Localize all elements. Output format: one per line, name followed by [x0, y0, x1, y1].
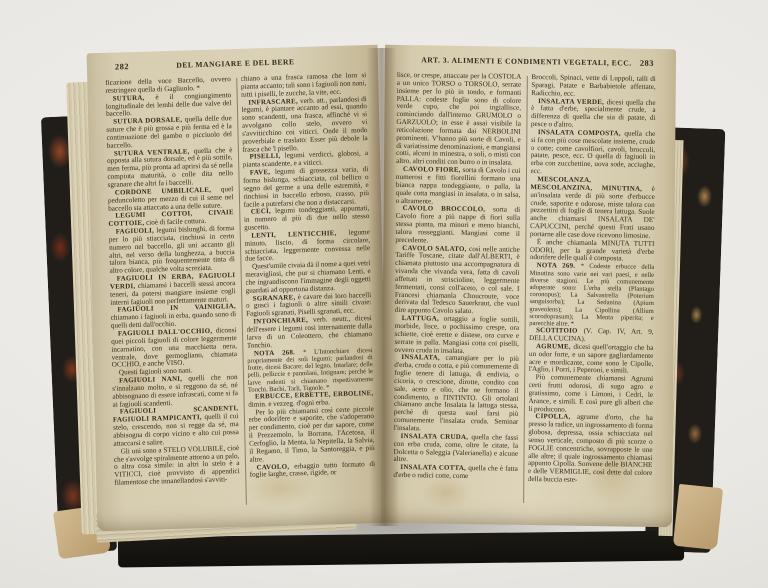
paragraph: Gli uni sono a STELO VOLUBILE, cioè che …	[114, 445, 240, 488]
entry-headword: CAVOLO FIORE,	[403, 166, 463, 174]
entry-headword: NOTA 268.	[254, 349, 303, 357]
entry-headword: MESCOLANZA, MESCOLANZINA, MINUTINA,	[530, 176, 651, 193]
text-columns-right: lisce, or crespe, attaccate per la COSTO…	[393, 72, 656, 507]
paragraph: SUTURA DORSALE, quella delle due suture …	[106, 115, 232, 150]
paragraph: CAVOLO FIORE, sorta di Cavolo i cui nume…	[396, 166, 521, 207]
paragraph: CAVOLO BROCCOLO, sorta di Cavolo fiore a…	[395, 205, 520, 246]
entry-headword: FAGIUOLI DALL'OCCHIO,	[118, 328, 216, 338]
paragraph: È anche chiamanla MINUTA TUTTI ODORI, pe…	[530, 239, 655, 264]
paragraph: NOTA 269. * Codeste erbucce della Minuti…	[529, 262, 654, 329]
leather-corner-bottom-right	[673, 484, 723, 550]
paragraph: Per lo più chiamansi così certe piccole …	[248, 406, 375, 465]
photo-background: 282 DEL MANGIARE E DEL BERE ficazione de…	[0, 0, 768, 588]
paragraph: Più comunemente chiamansi Agrumi certi f…	[528, 374, 653, 415]
paragraph: LATTUGA, ortaggio a foglie sottili, morb…	[394, 315, 519, 356]
paragraph: INFRASCARE, verb. att., parlandosi di le…	[241, 96, 368, 155]
paragraph: INSALATA VERDE, dicesi quella che è fatt…	[531, 98, 656, 131]
running-title-right: ART. 3. ALIMENTI E CONDIMENTI VEGETALI, …	[421, 55, 631, 67]
paragraph: SUTURA VENTRALE, quella che è opposta al…	[107, 147, 233, 190]
running-header-right: ART. 3. ALIMENTI E CONDIMENTI VEGETALI, …	[397, 55, 656, 71]
paragraph: Quest'umile civaia dà il nome a quei vet…	[245, 260, 371, 295]
entry-headword: CIPOLLA,	[535, 414, 577, 422]
paragraph: FAGIUOLI SCANDENTI, FAGIUOLI RAMPICANTI,…	[113, 405, 239, 448]
paragraph: LENTI, LENTICCHIE, legume minuto, liscio…	[244, 229, 370, 264]
paragraph: Broccoli, Spinaci, vette di Luppoli, tal…	[531, 74, 656, 99]
entry-headword: INFRASCARE,	[248, 98, 300, 107]
entry-headword: SUTURA DORSALE,	[113, 117, 185, 126]
running-header-left: 282 DEL MANGIARE E DEL BERE	[105, 55, 366, 75]
paragraph: FAGIUOLI NANI, quelli che non s'innalzan…	[112, 374, 238, 409]
text-column: lisce, or crespe, attaccate per la COSTO…	[393, 72, 521, 505]
paragraph: CIPOLLA, agrume d'orto, che ha presso la…	[528, 413, 653, 486]
paragraph: FAGIUOLI, legumi bislunghi, di forma per…	[109, 225, 236, 276]
entry-headword: NOTA 269.	[537, 262, 581, 270]
paragraph: FAVE, legumi di grossezza varia, di form…	[243, 166, 369, 209]
entry-headword: SUTURA,	[113, 94, 156, 102]
page-left-282: 282 DEL MANGIARE E DEL BERE ficazione de…	[87, 45, 389, 532]
paragraph: CAVOLO SALATO, così nelle antiche Tariff…	[395, 244, 520, 317]
text-column: ficazione della voce Baccello, ovvero re…	[105, 76, 240, 511]
paragraph: INTONCHIARE, verb. neutr., dicesi dell'e…	[246, 315, 372, 350]
entry-headword: CAVOLO SALATO,	[402, 245, 469, 253]
entry-headword: FAGIUOLI NANI,	[119, 376, 188, 385]
paragraph: INSALATA COTTA, quella che è fatta d'erb…	[393, 464, 518, 482]
running-title-left: DEL MANGIARE E DEL BERE	[176, 57, 294, 70]
text-column: chiano a una frasca ramosa che loro si p…	[241, 72, 376, 507]
entry-headword: AGRUME,	[536, 343, 573, 351]
entry-headword: INSALATA CRUDA,	[401, 433, 472, 441]
entry-headword: CAVOLO BROCCOLO,	[403, 205, 493, 213]
entry-headword: INSALATA COMPOSTA,	[538, 129, 625, 137]
entry-headword: INSALATA,	[401, 354, 445, 362]
open-book-spread: 282 DEL MANGIARE E DEL BERE ficazione de…	[90, 46, 675, 528]
entry-headword: CAVOLO,	[257, 463, 295, 471]
paragraph: AGRUME, dicesi quell'ortaggio che ha un …	[529, 343, 654, 376]
paragraph: FAGIUOLI IN ERBA, FAGIUOLI VERDI, chiama…	[110, 272, 236, 307]
page-number-left: 282	[115, 62, 129, 71]
entry-headword: FAGIUOLI SCANDENTI, FAGIUOLI RAMPICANTI,	[113, 405, 238, 424]
entry-headword: LENTI, LENTICCHIE,	[251, 230, 348, 240]
entry-headword: SUTURA VENTRALE,	[114, 148, 194, 157]
paragraph: FAGIUOLI DALL'OCCHIO, diconsi quei picco…	[111, 327, 237, 370]
entry-headword: FAVE,	[250, 169, 275, 177]
paragraph: CAVOLO, erbaggio tutto formato di foglie…	[250, 461, 376, 480]
entry-headword: INSALATA VERDE,	[538, 98, 607, 106]
paragraph: INSALATA CRUDA, quella che fassi con erb…	[393, 433, 518, 466]
page-right-283: ART. 3. ALIMENTI E CONDIMENTI VEGETALI, …	[381, 45, 676, 528]
paragraph: INSALATA COMPOSTA, quella che si fa con …	[530, 129, 655, 178]
entry-headword: SCOTITOIO	[536, 327, 584, 335]
entry-headword: FAGIUOLI IN ERBA, FAGIUOLI VERDI,	[110, 272, 235, 291]
paragraph: INSALATA, camangiare per lo più d'erba, …	[394, 354, 519, 434]
entry-headword: INSALATA COTTA,	[400, 464, 468, 472]
text-columns-left: ficazione della voce Baccello, ovvero re…	[105, 72, 376, 511]
paragraph: NOTA 268. * L'Intonchiare dicesi propria…	[247, 347, 373, 394]
page-number-right: 283	[640, 59, 654, 68]
entry-headword: FAGIUOLI,	[116, 227, 157, 235]
text-column: Broccoli, Spinaci, vette di Luppoli, tal…	[528, 74, 656, 507]
entry-headword: CECI,	[251, 208, 275, 216]
paragraph: lisce, or crespe, attaccate per la COSTO…	[396, 72, 521, 168]
entry-headword: INTONCHIARE,	[253, 317, 313, 326]
entry-headword: LATTUGA,	[402, 315, 444, 323]
paragraph: MESCOLANZA, MESCOLANZINA, MINUTINA, è un…	[530, 176, 655, 241]
entry-headword: PISELLI,	[249, 153, 284, 161]
entry-headword: SGRANARE,	[253, 294, 298, 302]
